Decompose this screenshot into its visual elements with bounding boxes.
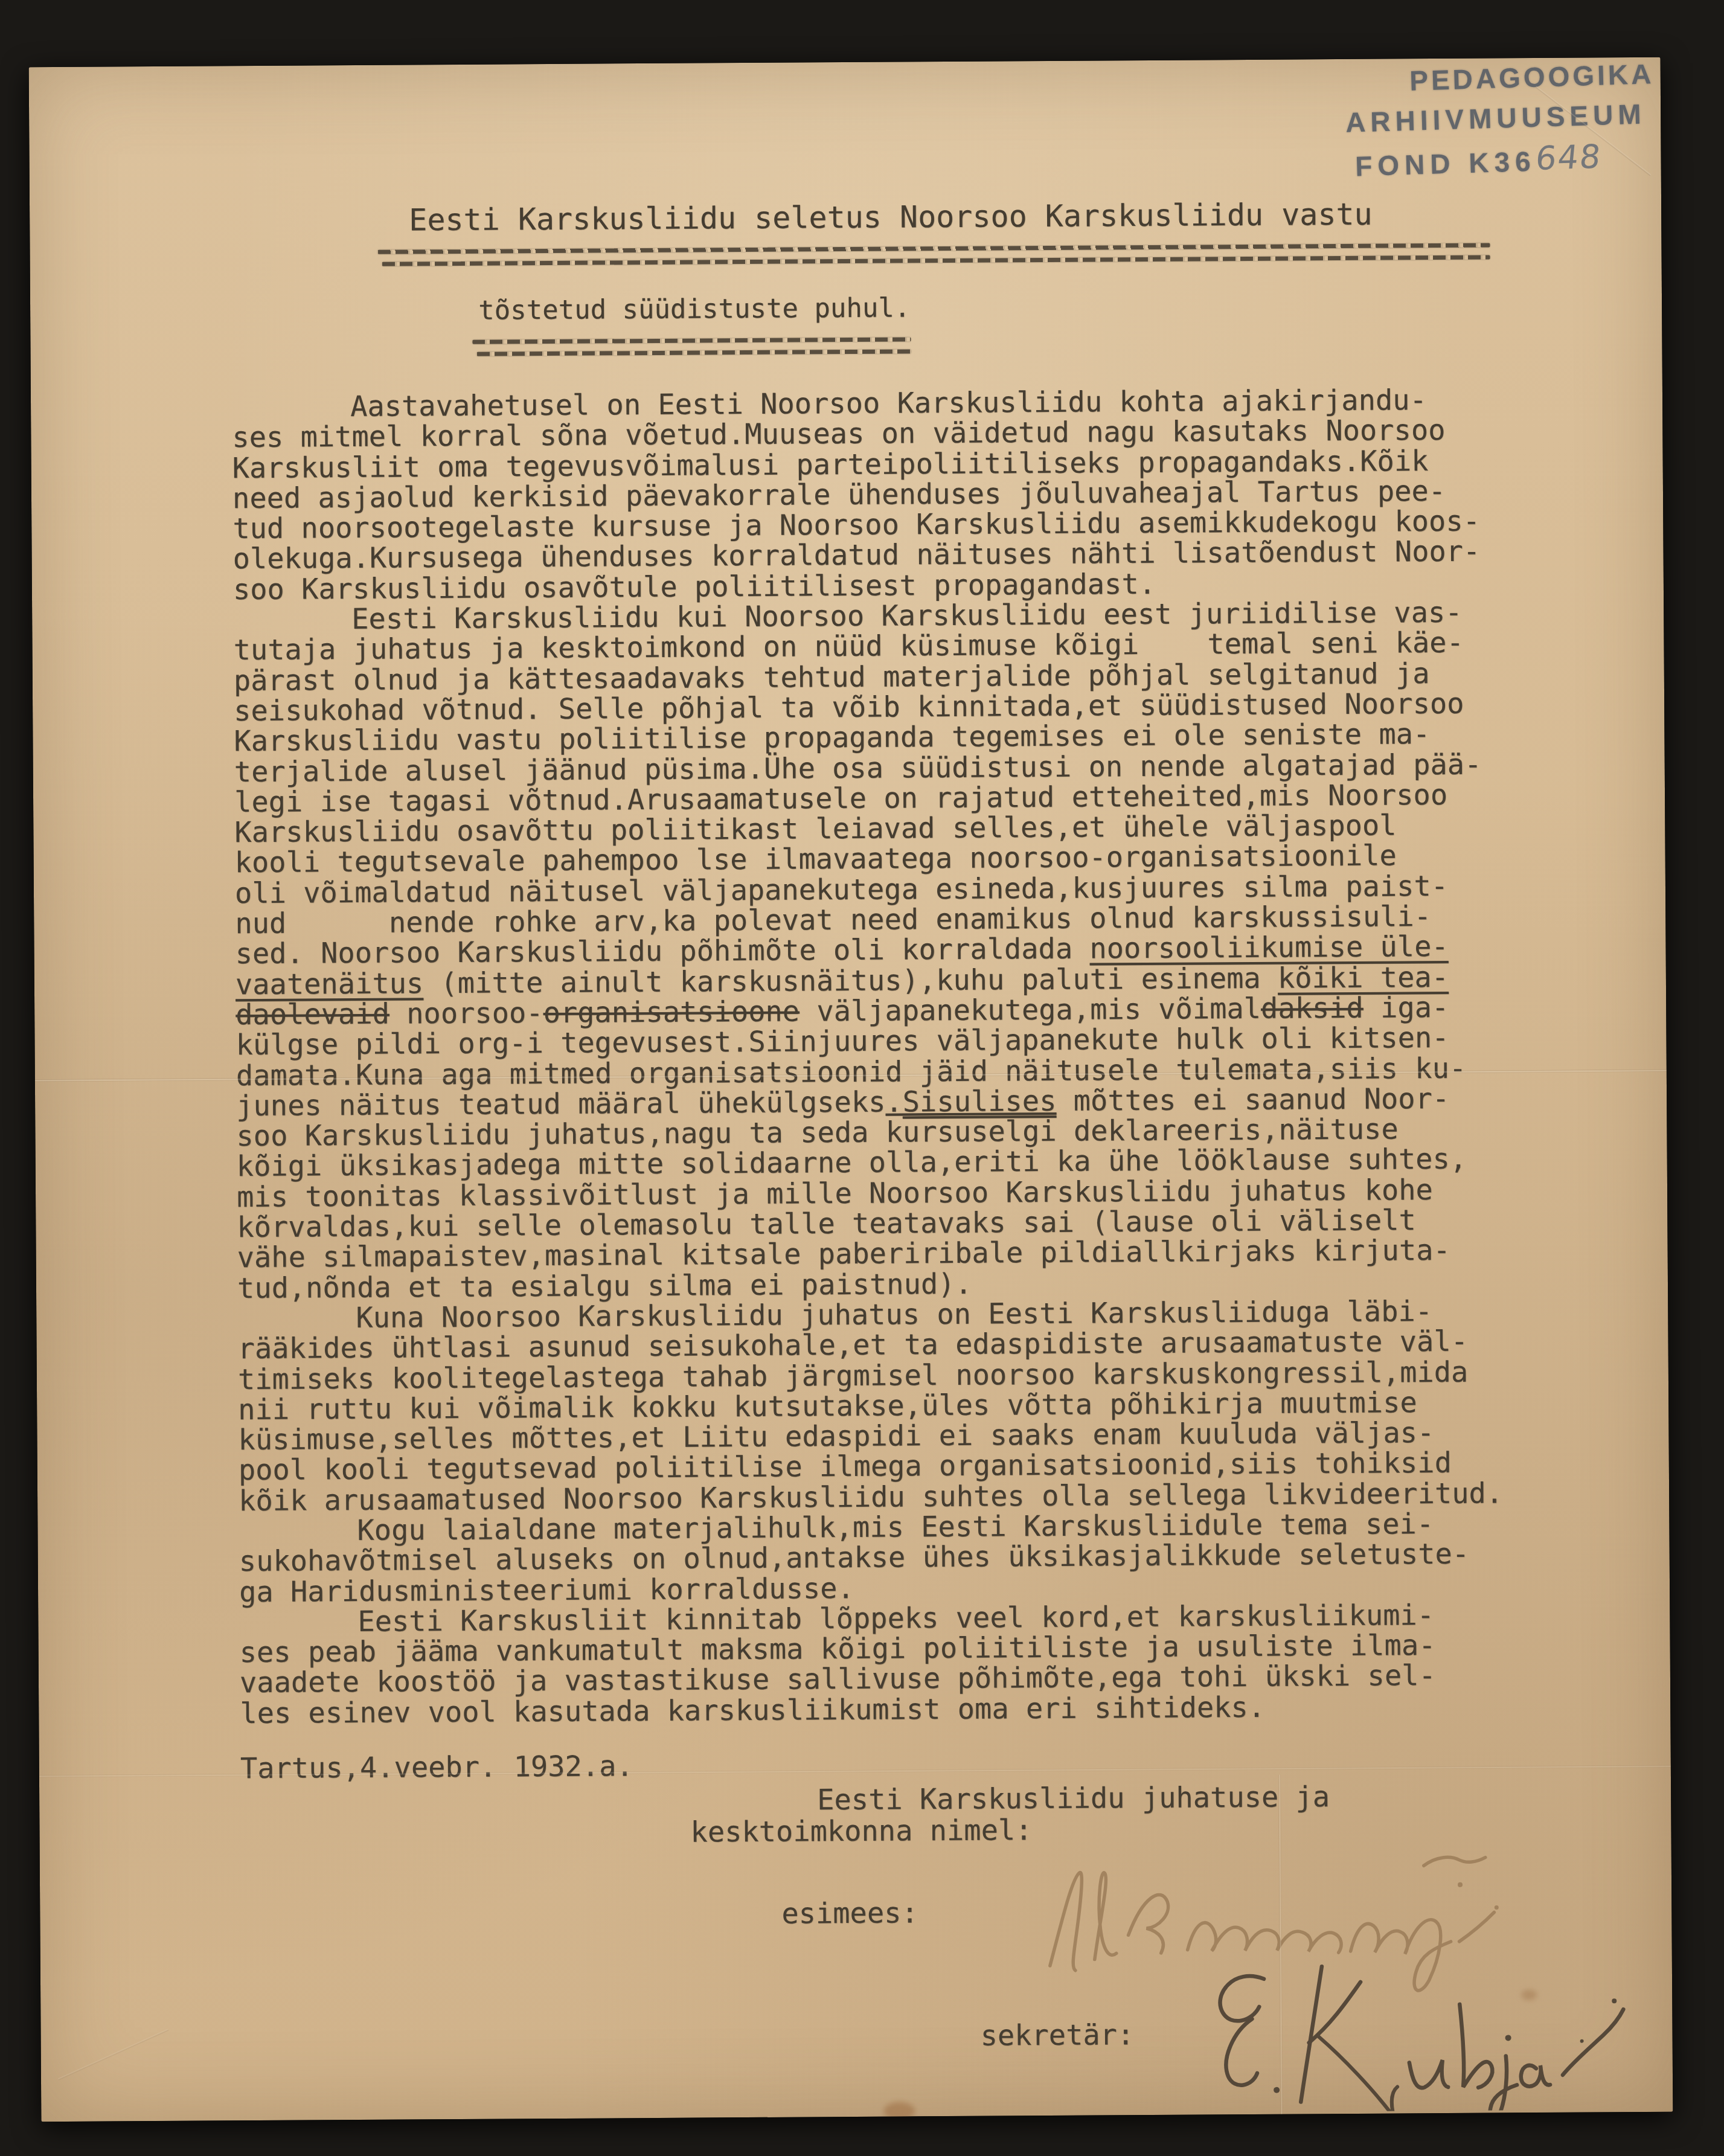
stamp-line-3: FOND K36648: [1354, 137, 1661, 184]
paper-sheet: PEDAGOOGIKA ARHIIVMUUSEUM FOND K36648 Ee…: [29, 57, 1673, 2122]
stain-spot: [883, 2102, 915, 2120]
document-photo: { "colors": { "background": "#1b1916", "…: [0, 0, 1724, 2156]
closing-org-line-2: kesktoimkonna nimel:: [690, 1814, 1032, 1849]
stamp-fond-number: FOND K36: [1355, 146, 1537, 182]
bottom-left-crease: [58, 2029, 168, 2080]
text-line: les esinev vool kasutada karskusliikumis…: [240, 1691, 1562, 1730]
document-title: Eesti Karskusliidu seletus Noorsoo Karsk…: [409, 197, 1373, 238]
secretary-label: sekretär:: [980, 2018, 1134, 2053]
subtitle-underline: [472, 337, 911, 364]
title-underline: [377, 243, 1490, 274]
closing-org-line-1: Eesti Karskusliidu juhatuse ja: [817, 1780, 1330, 1817]
document-subtitle: tõstetud süüdistuste puhul.: [478, 292, 911, 326]
date-line: Tartus,4.veebr. 1932.a.: [240, 1750, 633, 1785]
stamp-line-1: PEDAGOOGIKA: [1409, 57, 1658, 97]
signature-secretary: [1178, 1945, 1656, 2113]
stain-spot-2: [1521, 1989, 1537, 2000]
archive-stamp: PEDAGOOGIKA ARHIIVMUUSEUM FOND K36648: [1344, 57, 1661, 184]
stamp-handwritten-number: 648: [1534, 138, 1604, 178]
stamp-line-2: ARHIIVMUUSEUM: [1345, 97, 1659, 139]
body-text: Aastavahetusel on Eesti Noorsoo Karskusl…: [232, 385, 1562, 1729]
chairman-label: esimees:: [781, 1896, 918, 1930]
